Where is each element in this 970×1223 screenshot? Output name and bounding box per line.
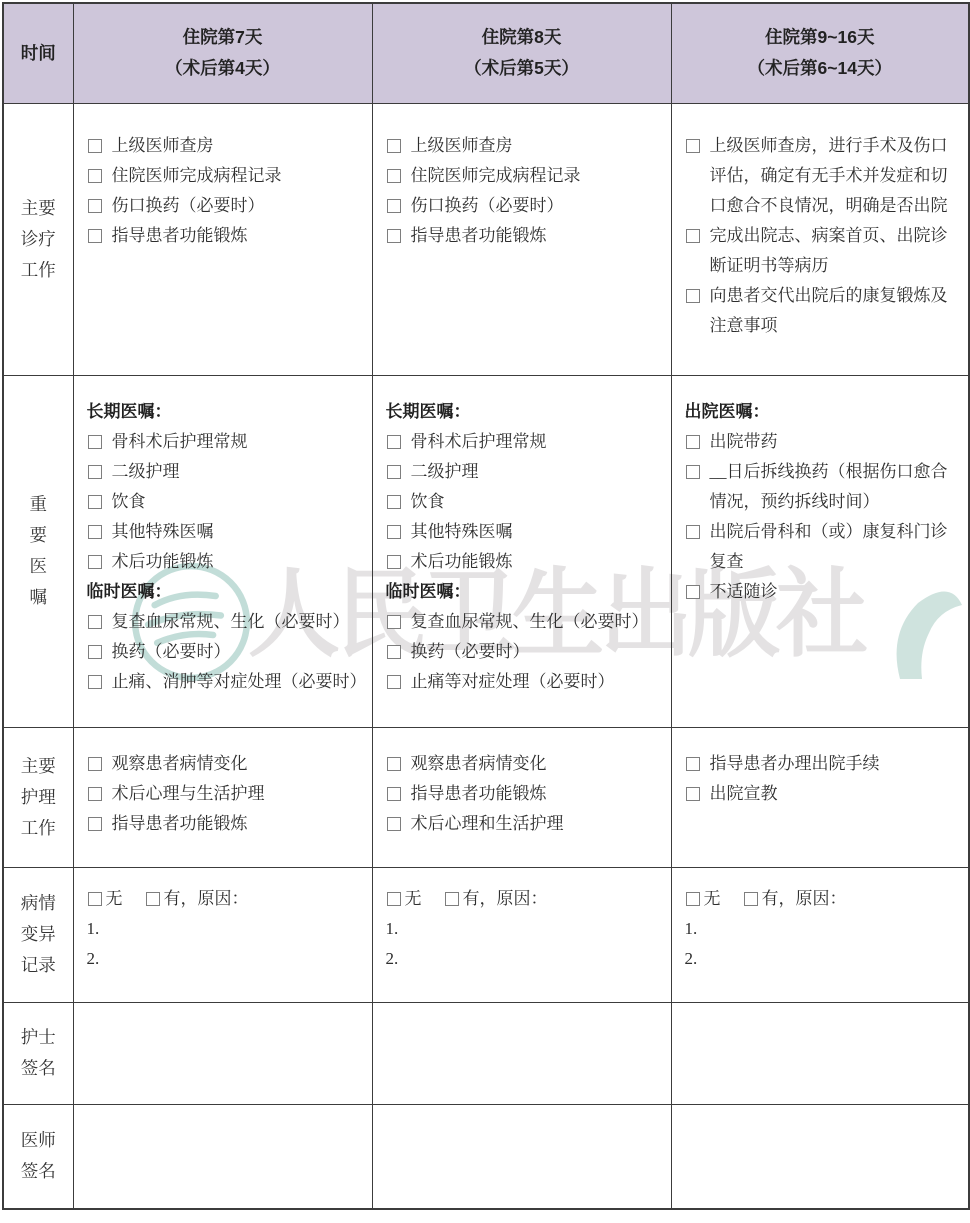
checklist-item-text: 换药（必要时） <box>411 637 661 667</box>
checkbox-icon[interactable] <box>88 615 102 629</box>
header-day9-16-line1: 住院第9~16天 <box>672 22 969 53</box>
checkbox-icon[interactable] <box>387 757 401 771</box>
checkbox-icon[interactable] <box>88 787 102 801</box>
table-cell: 上级医师查房住院医师完成病程记录伤口换药（必要时）指导患者功能锻炼 <box>372 103 671 375</box>
checklist-item-text: 术后心理与生活护理 <box>112 779 362 809</box>
table-cell: 无有，原因：1.2. <box>671 867 969 1002</box>
checklist-item: 观察患者病情变化 <box>386 749 661 779</box>
checklist-item: 出院带药 <box>685 427 959 457</box>
checklist-item-text: 不适随诊 <box>710 577 959 607</box>
table-cell: 无有，原因：1.2. <box>73 867 372 1002</box>
checklist-item: 骨科术后护理常规 <box>386 427 661 457</box>
checklist-item: 术后功能锻炼 <box>87 547 362 577</box>
checkbox-icon[interactable] <box>686 892 700 906</box>
checklist-item-text: 骨科术后护理常规 <box>411 427 661 457</box>
checklist-item: 上级医师查房 <box>386 131 661 161</box>
order-category-label: 临时医嘱： <box>386 577 661 607</box>
order-category-label: 长期医嘱： <box>386 397 661 427</box>
numbered-blank-line: 2. <box>386 944 661 974</box>
checklist-item-text: 指导患者功能锻炼 <box>112 221 362 251</box>
order-category-text: 长期医嘱： <box>87 397 172 427</box>
checklist-item-text: 术后功能锻炼 <box>411 547 661 577</box>
row-label-line: 病情 <box>8 888 69 919</box>
order-category-label: 临时医嘱： <box>87 577 362 607</box>
checklist-item-text: 指导患者功能锻炼 <box>411 221 661 251</box>
row-label-line: 主要 <box>8 193 69 224</box>
checklist-item: 其他特殊医嘱 <box>87 517 362 547</box>
checkbox-icon[interactable] <box>387 139 401 153</box>
checklist-item-text: 其他特殊医嘱 <box>112 517 362 547</box>
row-label-line: 主要 <box>8 751 69 782</box>
row-label-line: 签名 <box>8 1053 69 1084</box>
row-label: 医师签名 <box>3 1104 73 1209</box>
checkbox-icon[interactable] <box>686 787 700 801</box>
checkbox-icon[interactable] <box>88 465 102 479</box>
checklist-item: 观察患者病情变化 <box>87 749 362 779</box>
checklist-item: 住院医师完成病程记录 <box>87 161 362 191</box>
numbered-blank-text: 2. <box>87 944 100 974</box>
checkbox-icon[interactable] <box>686 465 700 479</box>
row-label-line: 重 <box>8 489 69 520</box>
checkbox-icon[interactable] <box>387 555 401 569</box>
table-row: 病情变异记录无有，原因：1.2.无有，原因：1.2.无有，原因：1.2. <box>3 867 969 1002</box>
checklist-item: 出院后骨科和（或）康复科门诊复查 <box>685 517 959 577</box>
checklist-item: 饮食 <box>87 487 362 517</box>
checklist-item-text: __日后拆线换药（根据伤口愈合情况，预约拆线时间） <box>710 457 959 517</box>
checkbox-icon[interactable] <box>88 555 102 569</box>
variation-no-text: 无 <box>405 884 422 914</box>
checklist-item: 术后心理和生活护理 <box>386 809 661 839</box>
numbered-blank-line: 2. <box>685 944 959 974</box>
checkbox-icon[interactable] <box>387 892 401 906</box>
checklist-item: 换药（必要时） <box>386 637 661 667</box>
numbered-blank-line: 2. <box>87 944 362 974</box>
table-cell: 观察患者病情变化术后心理与生活护理指导患者功能锻炼 <box>73 727 372 867</box>
row-label-line: 护士 <box>8 1022 69 1053</box>
variation-yes-no-line: 无有，原因： <box>386 884 661 914</box>
checklist-item-text: 术后功能锻炼 <box>112 547 362 577</box>
header-day9-16: 住院第9~16天 （术后第6~14天） <box>671 3 969 103</box>
variation-no-text: 无 <box>106 884 123 914</box>
order-category-text: 出院医嘱： <box>685 397 770 427</box>
checklist-item: 术后功能锻炼 <box>386 547 661 577</box>
header-time: 时间 <box>3 3 73 103</box>
numbered-blank-text: 1. <box>685 914 698 944</box>
checklist-item: 指导患者功能锻炼 <box>87 221 362 251</box>
header-day7-line1: 住院第7天 <box>74 22 372 53</box>
row-label-line: 医师 <box>8 1125 69 1156</box>
checkbox-icon[interactable] <box>445 892 459 906</box>
checklist-item-text: 向患者交代出院后的康复锻炼及注意事项 <box>710 281 959 341</box>
checklist-item: 饮食 <box>386 487 661 517</box>
table-cell: 上级医师查房，进行手术及伤口评估，确定有无手术并发症和切口愈合不良情况，明确是否… <box>671 103 969 375</box>
numbered-blank-text: 2. <box>386 944 399 974</box>
checkbox-icon[interactable] <box>387 229 401 243</box>
checkbox-icon[interactable] <box>88 757 102 771</box>
checklist-item-text: 术后心理和生活护理 <box>411 809 661 839</box>
row-label-line: 嘱 <box>8 582 69 613</box>
row-label-line: 记录 <box>8 950 69 981</box>
checkbox-icon[interactable] <box>387 169 401 183</box>
order-category-text: 临时医嘱： <box>386 577 471 607</box>
checkbox-icon[interactable] <box>88 892 102 906</box>
variation-no-text: 无 <box>704 884 721 914</box>
checkbox-icon[interactable] <box>88 229 102 243</box>
checkbox-icon[interactable] <box>387 525 401 539</box>
table-cell: 上级医师查房住院医师完成病程记录伤口换药（必要时）指导患者功能锻炼 <box>73 103 372 375</box>
clinical-pathway-form-page: 人民卫生出版社 时间 住院第7天 （术后第4天） 住院第8天 （术后第5天） <box>0 0 970 1223</box>
checkbox-icon[interactable] <box>686 139 700 153</box>
numbered-blank-line: 1. <box>87 914 362 944</box>
order-category-label: 出院医嘱： <box>685 397 959 427</box>
checklist-item-text: 复查血尿常规、生化（必要时） <box>411 607 661 637</box>
checkbox-icon[interactable] <box>686 757 700 771</box>
checklist-item: 住院医师完成病程记录 <box>386 161 661 191</box>
row-label: 主要护理工作 <box>3 727 73 867</box>
order-category-label: 长期医嘱： <box>87 397 362 427</box>
clinical-pathway-table: 时间 住院第7天 （术后第4天） 住院第8天 （术后第5天） 住院第9~16天 … <box>2 2 970 1210</box>
row-label-line: 变异 <box>8 919 69 950</box>
checkbox-icon[interactable] <box>387 787 401 801</box>
checklist-item: 不适随诊 <box>685 577 959 607</box>
order-category-text: 长期医嘱： <box>386 397 471 427</box>
variation-yes-text: 有，原因： <box>164 884 249 914</box>
checklist-item-text: 上级医师查房 <box>411 131 661 161</box>
row-label-line: 工作 <box>8 255 69 286</box>
variation-yes-text: 有，原因： <box>463 884 548 914</box>
checklist-item: 指导患者办理出院手续 <box>685 749 959 779</box>
table-row: 护士签名 <box>3 1002 969 1104</box>
table-cell <box>671 1104 969 1209</box>
variation-yes-no-line: 无有，原因： <box>685 884 959 914</box>
table-row: 重要医嘱长期医嘱：骨科术后护理常规二级护理饮食其他特殊医嘱术后功能锻炼临时医嘱：… <box>3 375 969 727</box>
checklist-item: 止痛等对症处理（必要时） <box>386 667 661 697</box>
checkbox-icon[interactable] <box>387 465 401 479</box>
checklist-item-text: 骨科术后护理常规 <box>112 427 362 457</box>
row-label: 主要诊疗工作 <box>3 103 73 375</box>
checkbox-icon[interactable] <box>387 199 401 213</box>
row-label: 病情变异记录 <box>3 867 73 1002</box>
checkbox-icon[interactable] <box>88 139 102 153</box>
numbered-blank-text: 1. <box>87 914 100 944</box>
table-cell <box>73 1104 372 1209</box>
row-label-line: 签名 <box>8 1156 69 1187</box>
checkbox-icon[interactable] <box>146 892 160 906</box>
checklist-item: 骨科术后护理常规 <box>87 427 362 457</box>
checklist-item: 指导患者功能锻炼 <box>87 809 362 839</box>
checklist-item-text: 住院医师完成病程记录 <box>411 161 661 191</box>
header-row: 时间 住院第7天 （术后第4天） 住院第8天 （术后第5天） 住院第9~16天 … <box>3 3 969 103</box>
checklist-item: 术后心理与生活护理 <box>87 779 362 809</box>
table-row: 主要护理工作观察患者病情变化术后心理与生活护理指导患者功能锻炼观察患者病情变化指… <box>3 727 969 867</box>
checklist-item: 其他特殊医嘱 <box>386 517 661 547</box>
checkbox-icon[interactable] <box>387 495 401 509</box>
header-day8-line2: （术后第5天） <box>373 53 671 84</box>
checkbox-icon[interactable] <box>686 435 700 449</box>
checklist-item: 二级护理 <box>386 457 661 487</box>
checkbox-icon[interactable] <box>686 229 700 243</box>
header-day7-line2: （术后第4天） <box>74 53 372 84</box>
checklist-item-text: 换药（必要时） <box>112 637 362 667</box>
checklist-item-text: 止痛等对症处理（必要时） <box>411 667 661 697</box>
checklist-item-text: 止痛、消肿等对症处理（必要时） <box>112 667 362 697</box>
checklist-item: 完成出院志、病案首页、出院诊断证明书等病历 <box>685 221 959 281</box>
checklist-item-text: 观察患者病情变化 <box>411 749 661 779</box>
checkbox-icon[interactable] <box>744 892 758 906</box>
checklist-item: 止痛、消肿等对症处理（必要时） <box>87 667 362 697</box>
checkbox-icon[interactable] <box>88 817 102 831</box>
header-day9-16-line2: （术后第6~14天） <box>672 53 969 84</box>
row-label-line: 护理 <box>8 782 69 813</box>
numbered-blank-line: 1. <box>685 914 959 944</box>
table-cell <box>73 1002 372 1104</box>
checkbox-icon[interactable] <box>88 495 102 509</box>
checkbox-icon[interactable] <box>88 675 102 689</box>
table-cell <box>671 1002 969 1104</box>
checklist-item-text: 饮食 <box>112 487 362 517</box>
table-cell: 出院医嘱：出院带药__日后拆线换药（根据伤口愈合情况，预约拆线时间）出院后骨科和… <box>671 375 969 727</box>
row-label-line: 诊疗 <box>8 224 69 255</box>
checklist-item-text: 完成出院志、病案首页、出院诊断证明书等病历 <box>710 221 959 281</box>
checklist-item-text: 出院宣教 <box>710 779 959 809</box>
numbered-blank-text: 1. <box>386 914 399 944</box>
checkbox-icon[interactable] <box>88 169 102 183</box>
row-label-line: 要 <box>8 520 69 551</box>
checklist-item: 伤口换药（必要时） <box>386 191 661 221</box>
checklist-item-text: 出院带药 <box>710 427 959 457</box>
checklist-item: 指导患者功能锻炼 <box>386 779 661 809</box>
row-label-line: 医 <box>8 551 69 582</box>
checklist-item: 二级护理 <box>87 457 362 487</box>
table-cell: 长期医嘱：骨科术后护理常规二级护理饮食其他特殊医嘱术后功能锻炼临时医嘱：复查血尿… <box>73 375 372 727</box>
table-cell: 无有，原因：1.2. <box>372 867 671 1002</box>
checklist-item: 换药（必要时） <box>87 637 362 667</box>
checklist-item-text: 二级护理 <box>411 457 661 487</box>
row-label: 重要医嘱 <box>3 375 73 727</box>
checkbox-icon[interactable] <box>387 675 401 689</box>
row-label-line: 工作 <box>8 813 69 844</box>
checklist-item: 复查血尿常规、生化（必要时） <box>87 607 362 637</box>
checklist-item: 指导患者功能锻炼 <box>386 221 661 251</box>
checkbox-icon[interactable] <box>686 585 700 599</box>
variation-yes-no-line: 无有，原因： <box>87 884 362 914</box>
checklist-item: __日后拆线换药（根据伤口愈合情况，预约拆线时间） <box>685 457 959 517</box>
table-row: 医师签名 <box>3 1104 969 1209</box>
checklist-item: 上级医师查房，进行手术及伤口评估，确定有无手术并发症和切口愈合不良情况，明确是否… <box>685 131 959 221</box>
numbered-blank-line: 1. <box>386 914 661 944</box>
checklist-item-text: 观察患者病情变化 <box>112 749 362 779</box>
checklist-item-text: 饮食 <box>411 487 661 517</box>
checkbox-icon[interactable] <box>387 615 401 629</box>
header-day7: 住院第7天 （术后第4天） <box>73 3 372 103</box>
checklist-item-text: 上级医师查房 <box>112 131 362 161</box>
checklist-item-text: 指导患者功能锻炼 <box>112 809 362 839</box>
checkbox-icon[interactable] <box>88 435 102 449</box>
checkbox-icon[interactable] <box>686 525 700 539</box>
variation-yes-text: 有，原因： <box>762 884 847 914</box>
table-cell <box>372 1104 671 1209</box>
checklist-item: 上级医师查房 <box>87 131 362 161</box>
checklist-item: 伤口换药（必要时） <box>87 191 362 221</box>
checklist-item: 向患者交代出院后的康复锻炼及注意事项 <box>685 281 959 341</box>
checklist-item-text: 住院医师完成病程记录 <box>112 161 362 191</box>
checkbox-icon[interactable] <box>387 435 401 449</box>
header-day8: 住院第8天 （术后第5天） <box>372 3 671 103</box>
checkbox-icon[interactable] <box>88 199 102 213</box>
checklist-item-text: 二级护理 <box>112 457 362 487</box>
checklist-item-text: 出院后骨科和（或）康复科门诊复查 <box>710 517 959 577</box>
checklist-item-text: 上级医师查房，进行手术及伤口评估，确定有无手术并发症和切口愈合不良情况，明确是否… <box>710 131 959 221</box>
table-cell: 观察患者病情变化指导患者功能锻炼术后心理和生活护理 <box>372 727 671 867</box>
checklist-item-text: 指导患者功能锻炼 <box>411 779 661 809</box>
order-category-text: 临时医嘱： <box>87 577 172 607</box>
checklist-item-text: 其他特殊医嘱 <box>411 517 661 547</box>
header-day8-line1: 住院第8天 <box>373 22 671 53</box>
checkbox-icon[interactable] <box>387 817 401 831</box>
table-cell <box>372 1002 671 1104</box>
checklist-item-text: 复查血尿常规、生化（必要时） <box>112 607 362 637</box>
table-row: 主要诊疗工作上级医师查房住院医师完成病程记录伤口换药（必要时）指导患者功能锻炼上… <box>3 103 969 375</box>
table-cell: 长期医嘱：骨科术后护理常规二级护理饮食其他特殊医嘱术后功能锻炼临时医嘱：复查血尿… <box>372 375 671 727</box>
checklist-item-text: 指导患者办理出院手续 <box>710 749 959 779</box>
table-cell: 指导患者办理出院手续出院宣教 <box>671 727 969 867</box>
checkbox-icon[interactable] <box>686 289 700 303</box>
numbered-blank-text: 2. <box>685 944 698 974</box>
checkbox-icon[interactable] <box>88 645 102 659</box>
checkbox-icon[interactable] <box>387 645 401 659</box>
checklist-item: 复查血尿常规、生化（必要时） <box>386 607 661 637</box>
table-body: 主要诊疗工作上级医师查房住院医师完成病程记录伤口换药（必要时）指导患者功能锻炼上… <box>3 103 969 1209</box>
checkbox-icon[interactable] <box>88 525 102 539</box>
checklist-item: 出院宣教 <box>685 779 959 809</box>
checklist-item-text: 伤口换药（必要时） <box>411 191 661 221</box>
row-label: 护士签名 <box>3 1002 73 1104</box>
checklist-item-text: 伤口换药（必要时） <box>112 191 362 221</box>
